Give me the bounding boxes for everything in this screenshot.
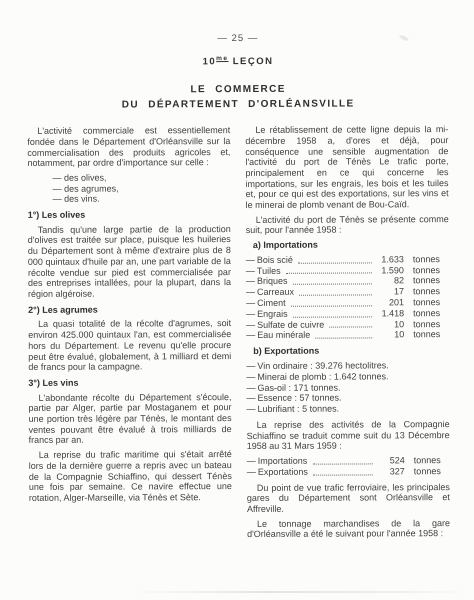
table-row: —Importations524tonnes <box>247 455 450 467</box>
table-row: —Tuiles1.590tonnes <box>246 265 449 277</box>
lesson-label: LEÇON <box>229 56 274 67</box>
row-label: Exportations <box>258 467 308 478</box>
dash-marker: — <box>247 404 258 415</box>
paragraph: La reprise des activités de la Compagnie… <box>247 419 450 452</box>
page-title: LE COMMERCE DU DÉPARTEMENT D'ORLÉANSVILL… <box>27 81 449 113</box>
row-label: Bois scié <box>257 255 293 266</box>
table-row: —Briques82tonnes <box>246 276 449 288</box>
table-row: —Eau minérale10tonnes <box>246 330 449 342</box>
section-heading-olives: 1°) Les olives <box>28 209 231 221</box>
dash-marker: — <box>246 298 257 309</box>
dotted-leader <box>292 284 371 285</box>
dotted-leader <box>286 273 372 274</box>
dotted-leader <box>299 294 372 295</box>
dotted-leader <box>312 463 372 464</box>
row-value: 17 <box>376 287 404 298</box>
scan-edge-shadow <box>130 591 468 593</box>
row-label: Carreaux <box>257 287 294 298</box>
row-unit: tonnes <box>413 254 449 265</box>
dash-marker: — <box>246 372 257 383</box>
table-row: —Carreaux17tonnes <box>246 286 449 298</box>
dash-marker: — <box>246 287 257 298</box>
list-item: —Vin ordinaire : 39.276 hectolitres. <box>246 360 449 372</box>
dash-marker: — <box>246 266 257 277</box>
dash-marker: — <box>246 330 257 341</box>
paragraph: L'activité du port de Ténès se présente … <box>246 214 449 236</box>
dotted-leader <box>291 305 372 306</box>
dash-marker: — <box>246 255 257 266</box>
list-item: —Essence : 57 tonnes. <box>246 392 449 404</box>
imports-heading: a) Importations <box>253 239 449 251</box>
export-item-text: Essence : 57 tonnes. <box>257 393 341 404</box>
row-value: 10 <box>376 330 404 341</box>
export-item-text: Gas-oil : 171 tonnes. <box>257 382 340 393</box>
export-item-text: Minerai de plomb : 1.642 tonnes. <box>257 371 388 382</box>
table-row: —Bois scié1.633tonnes <box>246 254 449 266</box>
dash-marker: — <box>247 456 258 467</box>
left-column: L'activité commerciale est essentielleme… <box>27 125 232 545</box>
lesson-heading: 10me LEÇON <box>27 54 449 68</box>
dash-marker: — <box>246 276 257 287</box>
section-heading-vins: 3°) Les vins <box>28 377 231 389</box>
row-label: Sulfate de cuivre <box>257 319 324 330</box>
row-value: 201 <box>376 297 404 308</box>
traffic-table: —Importations524tonnes —Exportations327t… <box>247 455 450 477</box>
row-value: 1.633 <box>376 254 404 265</box>
row-label: Engrais <box>257 309 288 320</box>
page-content: — 25 — 10me LEÇON LE COMMERCE DU DÉPARTE… <box>27 32 451 545</box>
section-heading-agrumes: 2°) Les agrumes <box>28 304 231 316</box>
row-unit: tonnes <box>413 265 449 276</box>
list-item: —Gas-oil : 171 tonnes. <box>246 382 449 394</box>
product-list: — des olives, — des agrumes, — des vins. <box>27 172 230 205</box>
row-value: 82 <box>376 276 404 287</box>
row-unit: tonnes <box>413 308 449 319</box>
list-item: —Minerai de plomb : 1.642 tonnes. <box>246 371 449 383</box>
row-label: Importations <box>258 456 308 467</box>
row-value: 1.418 <box>376 308 404 319</box>
table-row: —Ciment201tonnes <box>246 297 449 309</box>
row-label: Tuiles <box>257 266 281 277</box>
row-value: 327 <box>377 466 405 477</box>
row-unit: tonnes <box>413 330 449 341</box>
dotted-leader <box>315 338 372 339</box>
imports-table: —Bois scié1.633tonnes —Tuiles1.590tonnes… <box>246 254 449 341</box>
row-value: 10 <box>376 319 404 330</box>
export-item-text: Vin ordinaire : 39.276 hectolitres. <box>257 360 388 371</box>
list-item: —Lubrifiant : 5 tonnes. <box>247 403 450 415</box>
paragraph: La reprise du trafic maritime qui s'étai… <box>29 449 232 503</box>
row-label: Briques <box>257 276 288 287</box>
table-row: —Exportations327tonnes <box>247 466 450 478</box>
lesson-number: 10 <box>203 56 217 67</box>
paragraph: Du point de vue trafic ferroviaire, les … <box>247 482 450 515</box>
exports-heading: b) Exportations <box>253 345 449 357</box>
row-unit: tonnes <box>413 286 449 297</box>
dash-marker: — <box>247 467 258 478</box>
title-line-2: DU DÉPARTEMENT D'ORLÉANSVILLE <box>27 96 449 113</box>
paragraph: Le tonnage marchandises de la gare d'Orl… <box>247 518 450 540</box>
dotted-leader <box>329 327 372 328</box>
list-item: — des vins. <box>28 193 231 205</box>
row-value: 524 <box>377 455 405 466</box>
row-unit: tonnes <box>414 466 450 477</box>
paragraph: Tandis qu'une large partie de la product… <box>28 224 231 300</box>
dotted-leader <box>298 262 372 263</box>
dash-marker: — <box>246 361 257 372</box>
lesson-ordinal-suffix: me <box>216 55 228 62</box>
row-unit: tonnes <box>414 455 450 466</box>
row-unit: tonnes <box>413 276 449 287</box>
table-row: —Sulfate de cuivre10tonnes <box>246 319 449 331</box>
row-unit: tonnes <box>413 297 449 308</box>
export-item-text: Lubrifiant : 5 tonnes. <box>258 404 340 415</box>
dash-marker: — <box>246 393 257 404</box>
paragraph: Le rétablissement de cette ligne depuis … <box>245 124 448 211</box>
right-column: Le rétablissement de cette ligne depuis … <box>245 124 450 544</box>
page-number: — 25 — <box>27 32 449 45</box>
dotted-leader <box>293 316 372 317</box>
row-unit: tonnes <box>413 319 449 330</box>
intro-paragraph: L'activité commerciale est essentielleme… <box>27 125 230 169</box>
dash-marker: — <box>246 320 257 331</box>
row-label: Eau minérale <box>257 330 310 341</box>
table-row: —Engrais1.418tonnes <box>246 308 449 320</box>
dash-marker: — <box>246 309 257 320</box>
paragraph: La quasi totalité de la récolte d'agrume… <box>28 318 231 372</box>
paragraph: L'abondante récolte du Département s'éco… <box>28 392 231 446</box>
exports-list: —Vin ordinaire : 39.276 hectolitres. —Mi… <box>246 360 449 415</box>
scanned-document-page: — 25 — 10me LEÇON LE COMMERCE DU DÉPARTE… <box>0 0 474 600</box>
row-label: Ciment <box>257 298 286 309</box>
dash-marker: — <box>246 382 257 393</box>
dotted-leader <box>313 474 373 475</box>
row-value: 1.590 <box>376 265 404 276</box>
two-column-layout: L'activité commerciale est essentielleme… <box>27 124 451 545</box>
